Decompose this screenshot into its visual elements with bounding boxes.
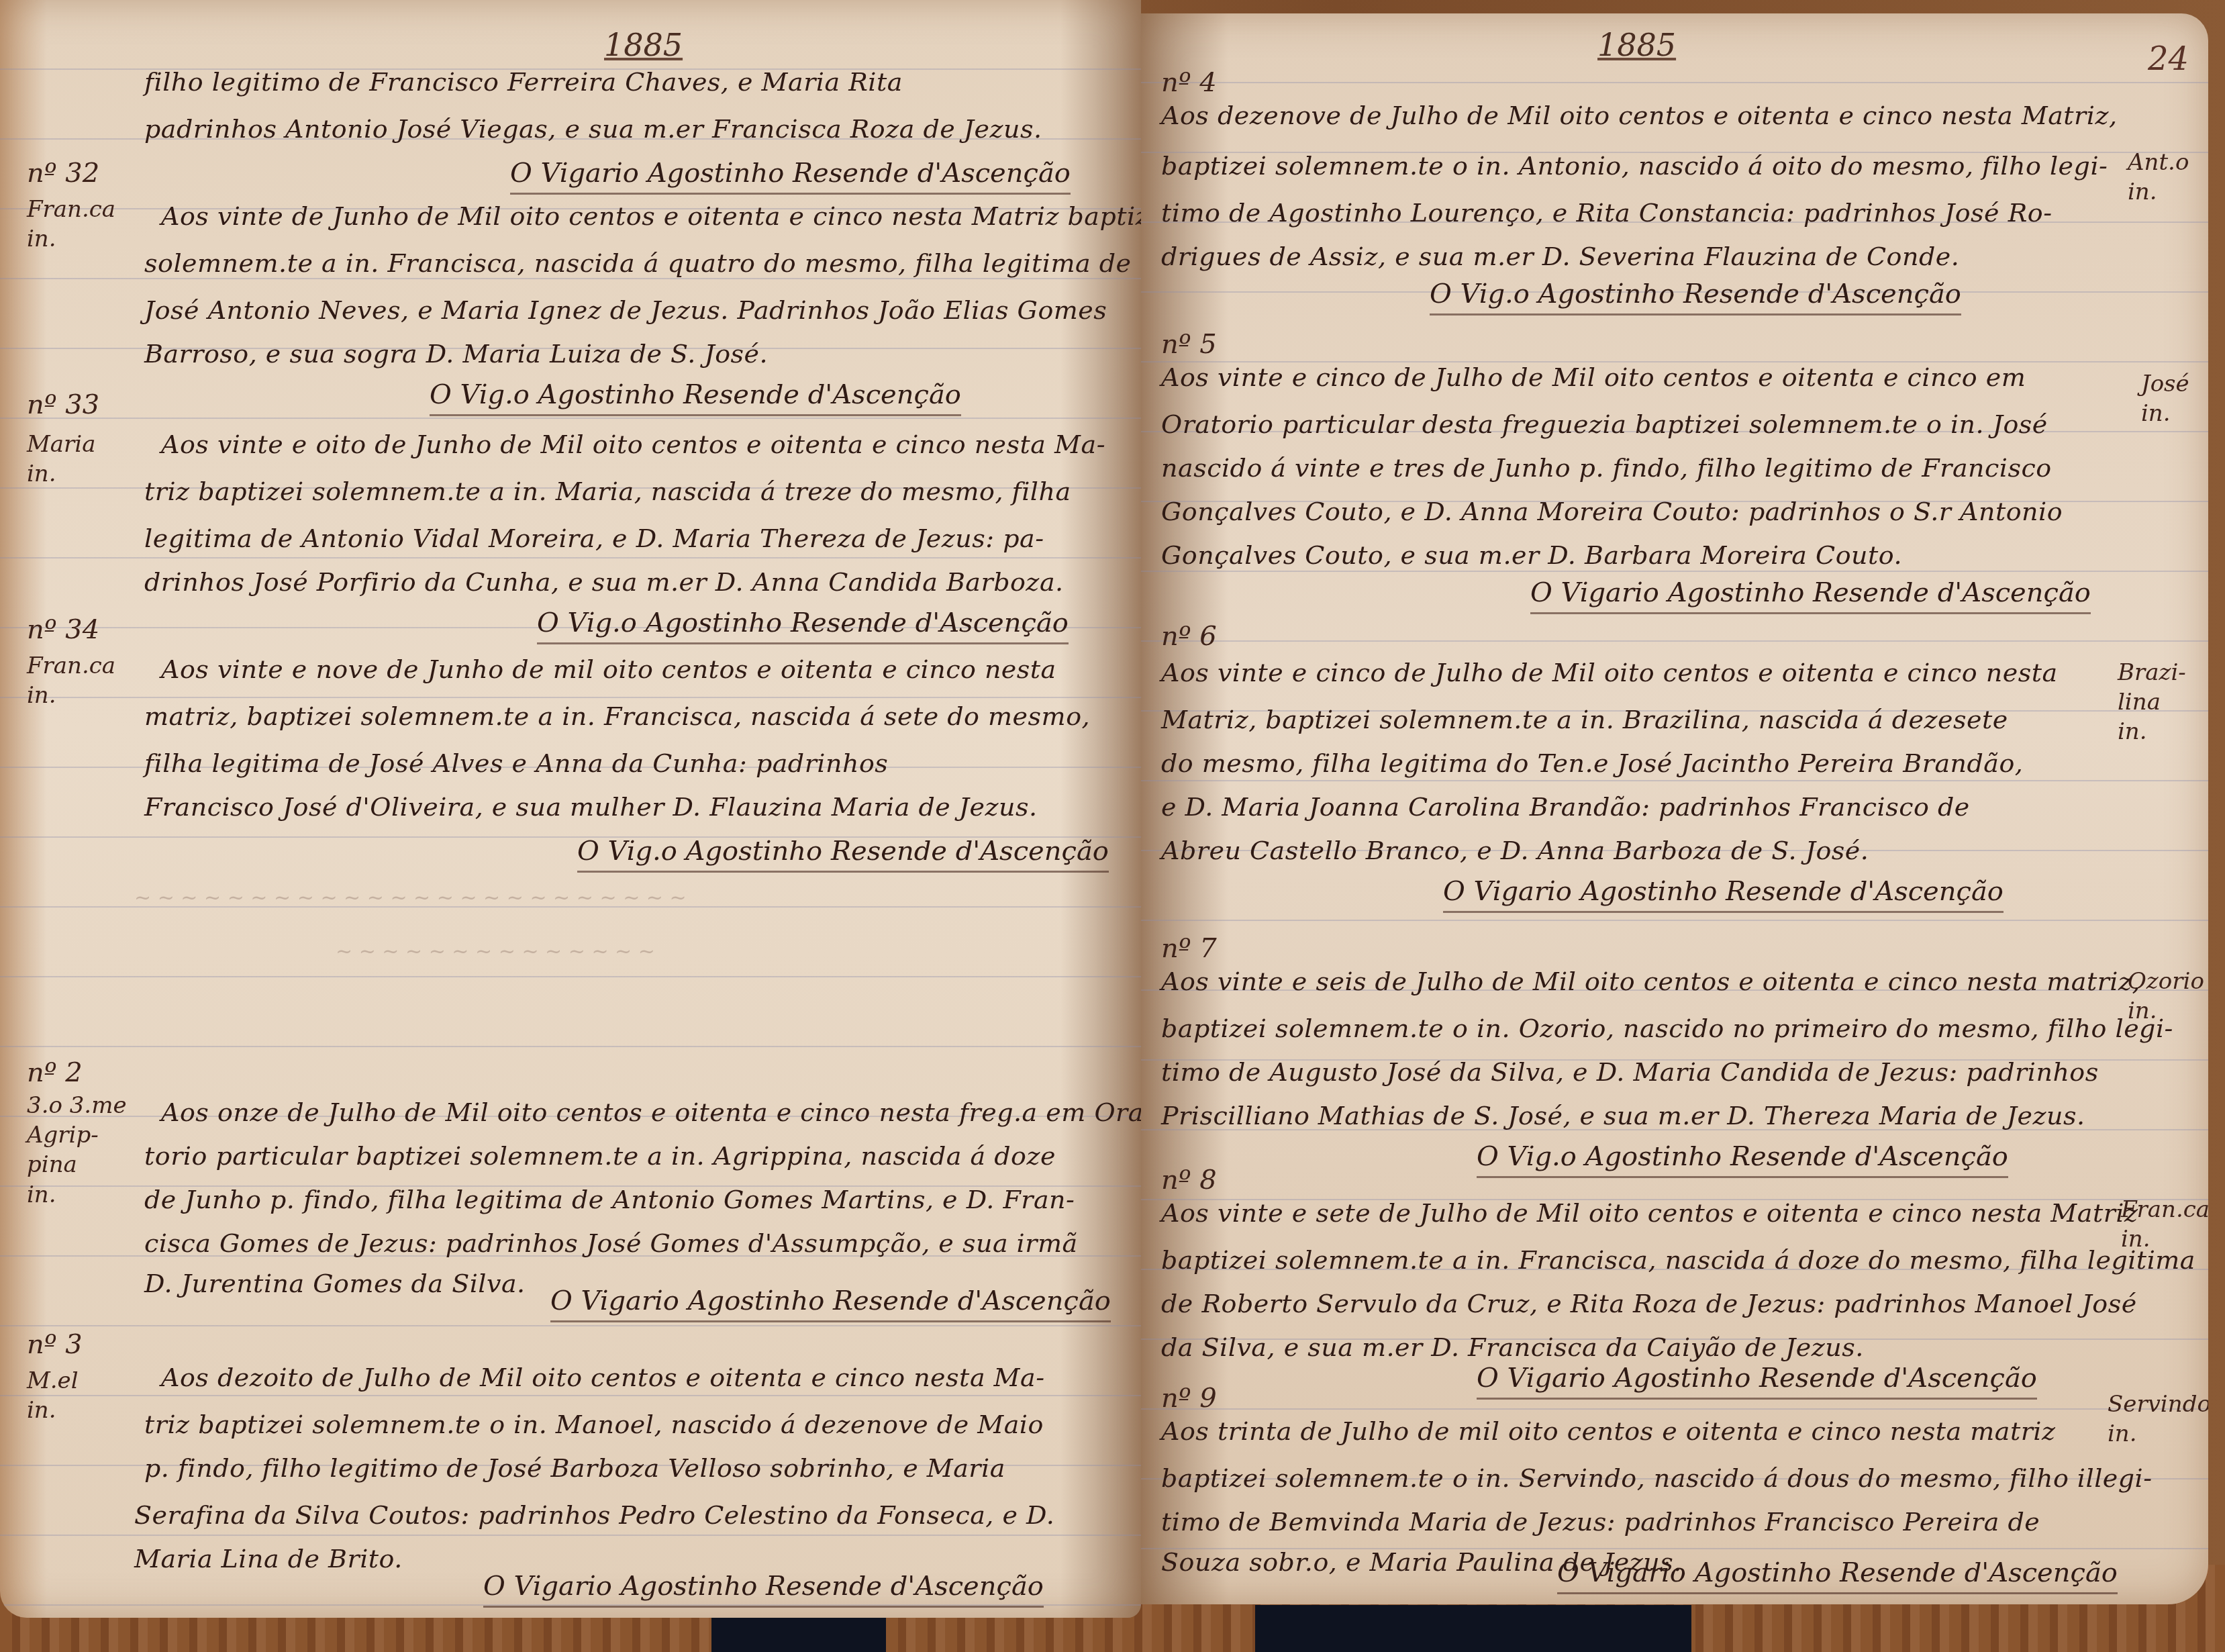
text-line: Aos vinte e nove de Junho de mil oito ce… — [161, 654, 1056, 684]
text-line: Aos trinta de Julho de mil oito centos e… — [1161, 1416, 2056, 1446]
text-line: Aos vinte e oito de Junho de Mil oito ce… — [161, 430, 1105, 459]
text-line: baptizei solemnem.te a in. Francisca, na… — [1161, 1245, 2195, 1275]
bleed-through-text: ~ ~ ~ ~ ~ ~ ~ ~ ~ ~ ~ ~ ~ ~ ~ ~ ~ ~ ~ ~ … — [134, 886, 687, 910]
text-line: baptizei solemnem.te o in. Servindo, nas… — [1161, 1463, 2153, 1493]
text-line: padrinhos Antonio José Viegas, e sua m.e… — [144, 114, 1042, 144]
text-line: Serafina da Silva Coutos: padrinhos Pedr… — [134, 1500, 1054, 1530]
priest-signature: O Vigario Agostinho Resende d'Ascenção — [1557, 1557, 2118, 1594]
left-page: 1885 filho legitimo de Francisco Ferreir… — [0, 0, 1141, 1618]
text-line: timo de Bemvinda Maria de Jezus: padrinh… — [1161, 1507, 2040, 1537]
priest-signature: O Vigario Agostinho Resende d'Ascenção — [1443, 876, 2004, 913]
text-line: Gonçalves Couto, e D. Anna Moreira Couto… — [1161, 497, 2063, 526]
priest-signature: O Vigario Agostinho Resende d'Ascenção — [1477, 1363, 2037, 1400]
text-line: baptizei solemnem.te o in. Antonio, nasc… — [1161, 151, 2108, 181]
margin-name-note: Fran.ca in. — [27, 651, 115, 710]
text-line: timo de Agostinho Lourenço, e Rita Const… — [1161, 198, 2053, 228]
text-line: triz baptizei solemnem.te o in. Manoel, … — [144, 1410, 1044, 1439]
text-line: Aos vinte e sete de Julho de Mil oito ce… — [1161, 1198, 2138, 1228]
priest-signature: O Vigario Agostinho Resende d'Ascenção — [510, 158, 1071, 195]
text-line: José Antonio Neves, e Maria Ignez de Jez… — [144, 295, 1107, 325]
text-line: da Silva, e sua m.er D. Francisca da Cai… — [1161, 1332, 1864, 1362]
entry-number: nº 4 — [1161, 67, 1217, 98]
text-line: de Roberto Servulo da Cruz, e Rita Roza … — [1161, 1289, 2137, 1318]
text-line: nascido á vinte e tres de Junho p. findo… — [1161, 453, 2052, 483]
text-line: Aos vinte e cinco de Julho de Mil oito c… — [1161, 362, 2026, 392]
entry-number: nº 6 — [1161, 621, 1217, 652]
margin-name-note: Ant.o in. — [2128, 148, 2189, 207]
text-line: Aos dezenove de Julho de Mil oito centos… — [1161, 101, 2117, 130]
text-line: drinhos José Porfirio da Cunha, e sua m.… — [144, 567, 1064, 597]
margin-name-note: José in. — [2141, 369, 2189, 428]
text-line: timo de Augusto José da Silva, e D. Mari… — [1161, 1057, 2099, 1087]
year-header: 1885 — [1597, 27, 1676, 63]
entry-number: nº 2 — [27, 1057, 83, 1088]
text-line: de Junho p. findo, filha legitima de Ant… — [144, 1185, 1075, 1214]
text-line: Francisco José d'Oliveira, e sua mulher … — [144, 792, 1038, 822]
text-line: Maria Lina de Brito. — [134, 1544, 403, 1573]
priest-signature: O Vig.o Agostinho Resende d'Ascenção — [1477, 1141, 2008, 1178]
text-line: Barroso, e sua sogra D. Maria Luiza de S… — [144, 339, 768, 369]
entry-number: nº 3 — [27, 1329, 83, 1360]
text-line: Aos vinte e seis de Julho de Mil oito ce… — [1161, 967, 2140, 996]
dark-cloth — [1255, 1605, 1691, 1652]
text-line: baptizei solemnem.te o in. Ozorio, nasci… — [1161, 1014, 2173, 1043]
bleed-through-text: ~ ~ ~ ~ ~ ~ ~ ~ ~ ~ ~ ~ ~ ~ — [336, 940, 655, 963]
priest-signature: O Vig.o Agostinho Resende d'Ascenção — [577, 836, 1109, 873]
entry-number: nº 9 — [1161, 1383, 1217, 1414]
entry-number: nº 34 — [27, 614, 99, 645]
text-line: p. findo, filho legitimo de José Barboza… — [144, 1453, 1005, 1483]
right-page: 1885 24 nº 4 Ant.o in. Aos dezenove de J… — [1141, 13, 2208, 1604]
text-line: filha legitima de José Alves e Anna da C… — [144, 748, 888, 778]
text-line: torio particular baptizei solemnem.te a … — [144, 1141, 1056, 1171]
year-header: 1885 — [604, 27, 683, 63]
text-line: Aos dezoito de Julho de Mil oito centos … — [161, 1363, 1045, 1392]
text-line: Aos vinte e cinco de Julho de Mil oito c… — [1161, 658, 2058, 687]
priest-signature: O Vigario Agostinho Resende d'Ascenção — [550, 1285, 1111, 1322]
text-line: Aos vinte de Junho de Mil oito centos e … — [161, 201, 1141, 231]
text-line: filho legitimo de Francisco Ferreira Cha… — [144, 67, 903, 97]
text-line: e D. Maria Joanna Carolina Brandão: padr… — [1161, 792, 1970, 822]
text-line: do mesmo, filha legitima do Ten.e José J… — [1161, 748, 2023, 778]
folio-number: 24 — [2148, 40, 2189, 78]
entry-number: nº 7 — [1161, 933, 1217, 964]
text-line: cisca Gomes de Jezus: padrinhos José Gom… — [144, 1228, 1078, 1258]
margin-name-note: Fran.ca in. — [27, 195, 115, 254]
text-line: legitima de Antonio Vidal Moreira, e D. … — [144, 524, 1044, 553]
text-line: drigues de Assiz, e sua m.er D. Severina… — [1161, 242, 1959, 271]
text-line: Matriz, baptizei solemnem.te a in. Brazi… — [1161, 705, 2008, 734]
text-line: Priscilliano Mathias de S. José, e sua m… — [1161, 1101, 2085, 1130]
text-line: matriz, baptizei solemnem.te a in. Franc… — [144, 701, 1090, 731]
text-line: D. Jurentina Gomes da Silva. — [144, 1269, 526, 1298]
priest-signature: O Vig.o Agostinho Resende d'Ascenção — [1430, 279, 1961, 315]
margin-name-note: M.el in. — [27, 1366, 79, 1425]
text-line: Abreu Castello Branco, e D. Anna Barboza… — [1161, 836, 1869, 865]
entry-number: nº 33 — [27, 389, 99, 420]
margin-name-note: Brazi- lina in. — [2118, 658, 2186, 747]
priest-signature: O Vig.o Agostinho Resende d'Ascenção — [430, 379, 961, 416]
priest-signature: O Vigario Agostinho Resende d'Ascenção — [1530, 577, 2091, 614]
priest-signature: O Vigario Agostinho Resende d'Ascenção — [483, 1571, 1044, 1608]
margin-name-note: 3.o 3.me Agrip- pina in. — [27, 1091, 127, 1210]
priest-signature: O Vig.o Agostinho Resende d'Ascenção — [537, 608, 1069, 644]
text-line: solemnem.te a in. Francisca, nascida á q… — [144, 248, 1131, 278]
margin-name-note: Maria in. — [27, 430, 95, 489]
text-line: Gonçalves Couto, e sua m.er D. Barbara M… — [1161, 540, 1902, 570]
entry-number: nº 32 — [27, 158, 99, 189]
margin-name-note: Servindo in. — [2108, 1390, 2208, 1449]
entry-number: nº 8 — [1161, 1165, 1217, 1196]
entry-number: nº 5 — [1161, 329, 1217, 360]
text-line: Oratorio particular desta freguezia bapt… — [1161, 409, 2048, 439]
text-line: triz baptizei solemnem.te a in. Maria, n… — [144, 477, 1071, 506]
text-line: Aos onze de Julho de Mil oito centos e o… — [161, 1098, 1141, 1127]
